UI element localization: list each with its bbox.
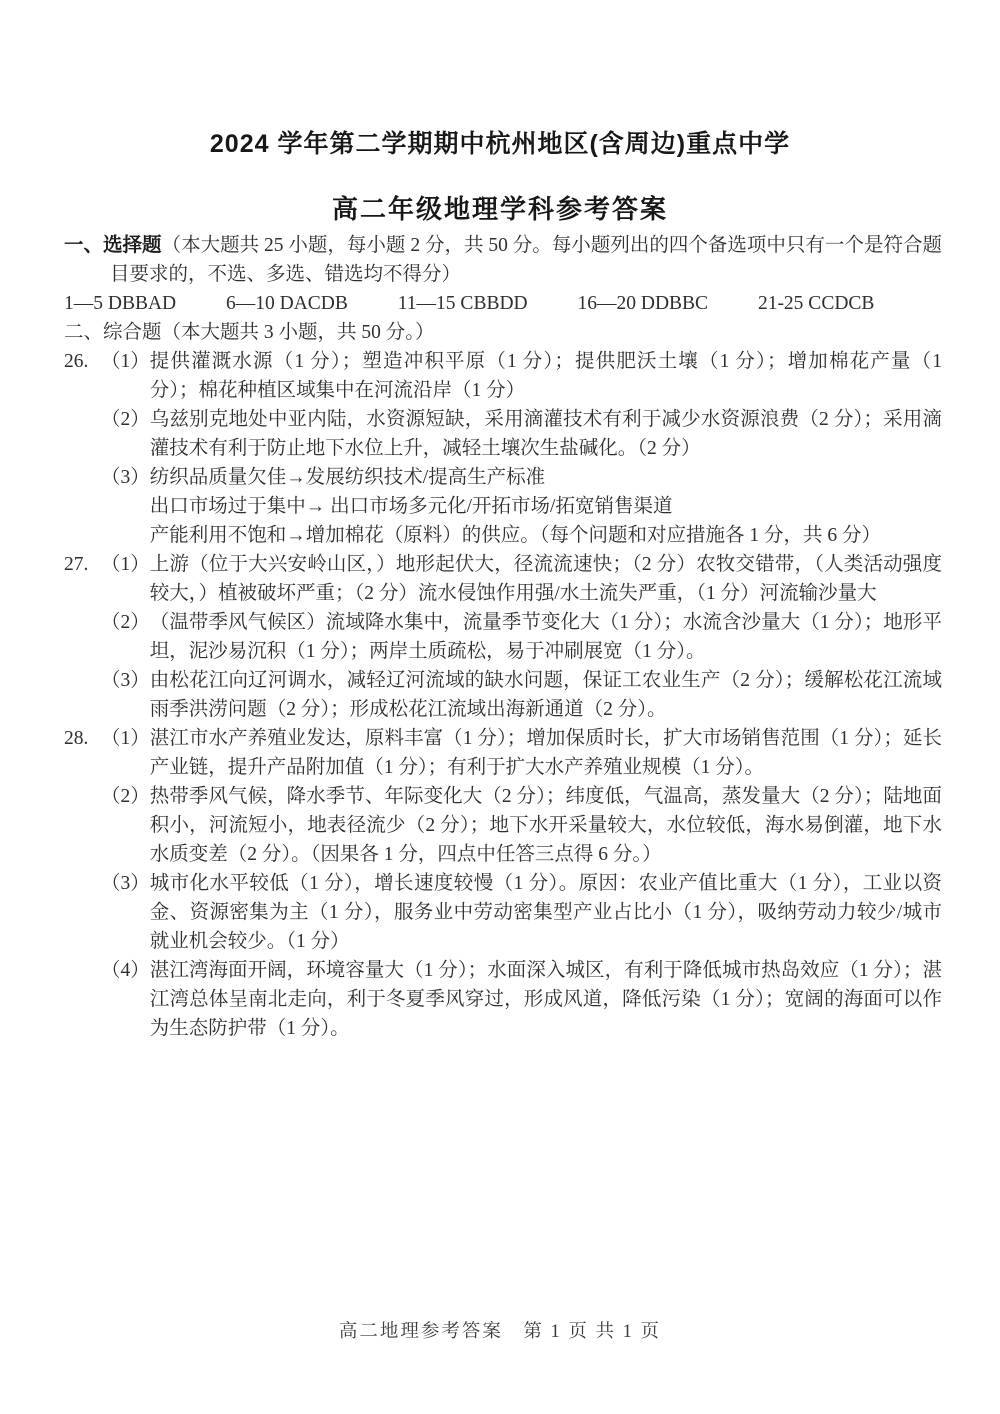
question-28-item-2: （2） 热带季风气候，降水季节、年际变化大（2 分）；纬度低，气温高，蒸发量大（… xyxy=(101,782,942,869)
question-27-number: 27. xyxy=(64,550,88,579)
question-26-number: 26. xyxy=(64,347,88,376)
item-text: （温带季风气候区）流域降水集中，流量季节变化大（1 分）；水流含沙量大（1 分）… xyxy=(150,608,942,666)
question-28-item-1: （1） 湛江市水产养殖业发达，原料丰富（1 分）；增加保质时长，扩大市场销售范围… xyxy=(101,724,942,782)
section-comprehensive-label: 二、综合题 xyxy=(64,322,162,343)
question-26: 26. （1） 提供灌溉水源（1 分）；塑造冲积平原（1 分）；提供肥沃土壤（1… xyxy=(64,347,942,550)
item-marker: （3） xyxy=(101,463,150,550)
item-marker: （2） xyxy=(101,608,150,666)
item-text: 湛江市水产养殖业发达，原料丰富（1 分）；增加保质时长，扩大市场销售范围（1 分… xyxy=(150,724,942,782)
answer-line: 纺织品质量欠佳→发展纺织技术/提高生产标准 xyxy=(150,463,942,492)
section-comprehensive-desc: （本大题共 3 小题，共 50 分。） xyxy=(162,322,435,343)
answer-line: 城市化水平较低（1 分），增长速度较慢（1 分）。原因：农业产值比重大（1 分）… xyxy=(150,869,942,956)
item-marker: （4） xyxy=(101,956,150,1043)
answer-line: 由松花江向辽河调水，减轻辽河流域的缺水问题，保证工农业生产（2 分）；缓解松花江… xyxy=(150,666,942,724)
question-28-item-4: （4） 湛江湾海面开阔，环境容量大（1 分）；水面深入城区，有利于降低城市热岛效… xyxy=(101,956,942,1043)
answers-21-25: 21-25 CCDCB xyxy=(758,289,874,318)
item-text: 上游（位于大兴安岭山区，）地形起伏大，径流流速快；（2 分）农牧交错带，（人类活… xyxy=(150,550,942,608)
doc-title-line2: 高二年级地理学科参考答案 xyxy=(0,189,1000,226)
question-28: 28. （1） 湛江市水产养殖业发达，原料丰富（1 分）；增加保质时长，扩大市场… xyxy=(64,724,942,1043)
item-marker: （1） xyxy=(101,550,150,608)
question-27-item-1: （1） 上游（位于大兴安岭山区，）地形起伏大，径流流速快；（2 分）农牧交错带，… xyxy=(101,550,942,608)
item-marker: （2） xyxy=(101,405,150,463)
section-choice-label: 一、选择题 xyxy=(64,234,162,256)
document-page: 2024 学年第二学期期中杭州地区(含周边)重点中学 高二年级地理学科参考答案 … xyxy=(0,0,1000,1414)
answer-line: 热带季风气候，降水季节、年际变化大（2 分）；纬度低，气温高，蒸发量大（2 分）… xyxy=(150,782,942,869)
item-text: 城市化水平较低（1 分），增长速度较慢（1 分）。原因：农业产值比重大（1 分）… xyxy=(150,869,942,956)
item-marker: （3） xyxy=(101,666,150,724)
answer-line: 上游（位于大兴安岭山区，）地形起伏大，径流流速快；（2 分）农牧交错带，（人类活… xyxy=(150,550,942,608)
item-marker: （3） xyxy=(101,869,150,956)
item-marker: （1） xyxy=(101,724,150,782)
answer-line: 提供灌溉水源（1 分）；塑造冲积平原（1 分）；提供肥沃土壤（1 分）；增加棉花… xyxy=(150,347,942,405)
answer-line: 出口市场过于集中→ 出口市场多元化/开拓市场/拓宽销售渠道 xyxy=(150,492,942,521)
item-text: 由松花江向辽河调水，减轻辽河流域的缺水问题，保证工农业生产（2 分）；缓解松花江… xyxy=(150,666,942,724)
answer-line: （温带季风气候区）流域降水集中，流量季节变化大（1 分）；水流含沙量大（1 分）… xyxy=(150,608,942,666)
answers-11-15: 11—15 CBBDD xyxy=(398,289,528,318)
answers-6-10: 6—10 DACDB xyxy=(226,289,348,318)
page-footer: 高二地理参考答案 第 1 页 共 1 页 xyxy=(0,1317,1000,1343)
item-text: 热带季风气候，降水季节、年际变化大（2 分）；纬度低，气温高，蒸发量大（2 分）… xyxy=(150,782,942,869)
question-27-item-2: （2） （温带季风气候区）流域降水集中，流量季节变化大（1 分）；水流含沙量大（… xyxy=(101,608,942,666)
question-26-item-3: （3） 纺织品质量欠佳→发展纺织技术/提高生产标准 出口市场过于集中→ 出口市场… xyxy=(101,463,942,550)
question-28-number: 28. xyxy=(64,724,88,753)
question-26-item-1: （1） 提供灌溉水源（1 分）；塑造冲积平原（1 分）；提供肥沃土壤（1 分）；… xyxy=(101,347,942,405)
item-text: 提供灌溉水源（1 分）；塑造冲积平原（1 分）；提供肥沃土壤（1 分）；增加棉花… xyxy=(150,347,942,405)
doc-title-line1: 2024 学年第二学期期中杭州地区(含周边)重点中学 xyxy=(0,0,1000,160)
answers-1-5: 1—5 DBBAD xyxy=(64,289,176,318)
section-choice-heading: 一、选择题（本大题共 25 小题，每小题 2 分，共 50 分。每小题列出的四个… xyxy=(64,231,942,289)
answer-line: 乌兹别克地处中亚内陆，水资源短缺，采用滴灌技术有利于减少水资源浪费（2 分）；采… xyxy=(150,405,942,463)
item-marker: （1） xyxy=(101,347,150,405)
answer-line: 湛江湾海面开阔，环境容量大（1 分）；水面深入城区，有利于降低城市热岛效应（1 … xyxy=(150,956,942,1043)
item-text: 乌兹别克地处中亚内陆，水资源短缺，采用滴灌技术有利于减少水资源浪费（2 分）；采… xyxy=(150,405,942,463)
section-comprehensive-heading: 二、综合题（本大题共 3 小题，共 50 分。） xyxy=(64,318,942,347)
section-choice-desc: （本大题共 25 小题，每小题 2 分，共 50 分。每小题列出的四个备选项中只… xyxy=(110,235,942,285)
answer-line: 湛江市水产养殖业发达，原料丰富（1 分）；增加保质时长，扩大市场销售范围（1 分… xyxy=(150,724,942,782)
choice-answers-row: 1—5 DBBAD 6—10 DACDB 11—15 CBBDD 16—20 D… xyxy=(64,289,942,318)
item-text: 纺织品质量欠佳→发展纺织技术/提高生产标准 出口市场过于集中→ 出口市场多元化/… xyxy=(150,463,942,550)
doc-body: 一、选择题（本大题共 25 小题，每小题 2 分，共 50 分。每小题列出的四个… xyxy=(64,231,942,1043)
question-27: 27. （1） 上游（位于大兴安岭山区，）地形起伏大，径流流速快；（2 分）农牧… xyxy=(64,550,942,724)
item-marker: （2） xyxy=(101,782,150,869)
question-26-item-2: （2） 乌兹别克地处中亚内陆，水资源短缺，采用滴灌技术有利于减少水资源浪费（2 … xyxy=(101,405,942,463)
answer-line: 产能利用不饱和→增加棉花（原料）的供应。（每个问题和对应措施各 1 分，共 6 … xyxy=(150,521,942,550)
item-text: 湛江湾海面开阔，环境容量大（1 分）；水面深入城区，有利于降低城市热岛效应（1 … xyxy=(150,956,942,1043)
question-27-item-3: （3） 由松花江向辽河调水，减轻辽河流域的缺水问题，保证工农业生产（2 分）；缓… xyxy=(101,666,942,724)
question-28-item-3: （3） 城市化水平较低（1 分），增长速度较慢（1 分）。原因：农业产值比重大（… xyxy=(101,869,942,956)
answers-16-20: 16—20 DDBBC xyxy=(578,289,709,318)
